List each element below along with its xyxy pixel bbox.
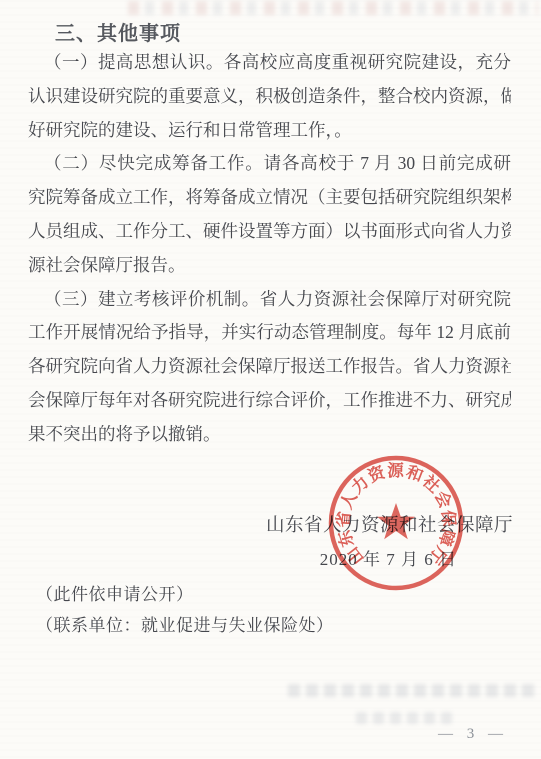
paragraph-line: 认识建设研究院的重要意义，积极创造条件，整合校内资源，做 [28, 80, 511, 114]
paragraph-line: （一）提高思想认识。各高校应高度重视研究院建设，充分 [28, 46, 511, 80]
paragraph-line: （三）建立考核评价机制。省人力资源社会保障厅对研究院 [28, 283, 511, 317]
paragraph-line: 究院筹备成立工作，将筹备成立情况（主要包括研究院组织架构、 [28, 181, 511, 215]
paragraph-line: 好研究院的建设、运行和日常管理工作，。 [28, 114, 511, 148]
paragraph-line: 会保障厅每年对各研究院进行综合评价，工作推进不力、研究成 [28, 384, 511, 418]
paragraph-line: 果不突出的将予以撤销。 [28, 418, 511, 452]
paragraph-line: 源社会保障厅报告。 [28, 249, 511, 283]
show-through-top [128, 1, 538, 15]
document-page: 三、其他事项 （一）提高思想认识。各高校应高度重视研究院建设，充分 认识建设研究… [0, 0, 541, 759]
document-body: （一）提高思想认识。各高校应高度重视研究院建设，充分 认识建设研究院的重要意义，… [28, 46, 511, 452]
paragraph-line: 各研究院向省人力资源社会保障厅报送工作报告。省人力资源社 [28, 350, 511, 384]
note-disclosure: （此件依申请公开） [36, 580, 194, 605]
show-through-bottom [356, 712, 452, 724]
note-contact: （联系单位：就业促进与失业保险处） [36, 611, 334, 636]
show-through-bottom [288, 684, 536, 697]
paragraph-line: （二）尽快完成筹备工作。请各高校于 7 月 30 日前完成研 [28, 147, 511, 181]
star-icon [377, 503, 415, 539]
official-seal: 山东省人力资源和社会保障厅 [326, 453, 466, 593]
paragraph-line: 人员组成、工作分工、硬件设置等方面）以书面形式向省人力资 [28, 215, 511, 249]
paragraph-line: 工作开展情况给予指导，并实行动态管理制度。每年 12 月底前 [28, 316, 511, 350]
section-heading: 三、其他事项 [55, 17, 181, 46]
page-number: — 3 — [438, 726, 508, 743]
